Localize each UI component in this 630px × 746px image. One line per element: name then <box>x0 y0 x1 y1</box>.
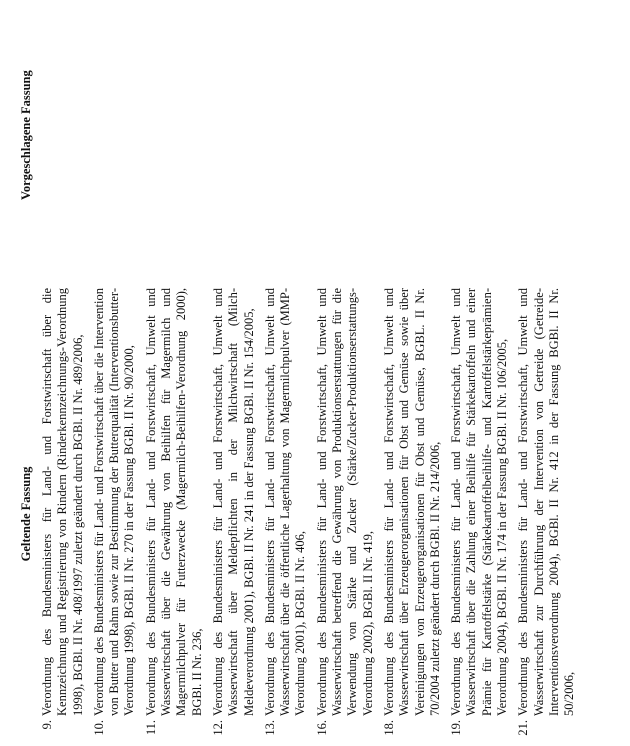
entry-text: Verordnung des Bundesministers für Land-… <box>144 288 204 716</box>
document-page: Geltende Fassung 9. Verordnung des Bunde… <box>0 0 630 746</box>
regulation-entry: 11. Verordnung des Bundesministers für L… <box>144 288 205 740</box>
regulation-entry: 13. Verordnung des Bundesministers für L… <box>263 288 309 740</box>
column-heading-proposed: Vorgeschlagene Fassung <box>18 0 34 200</box>
column-proposed-version: Vorgeschlagene Fassung <box>18 0 40 200</box>
regulation-list: 9. Verordnung des Bundesministers für La… <box>40 288 578 740</box>
entry-text: Verordnung des Bundesministers für Land-… <box>315 288 375 716</box>
entry-text: Verordnung des Bundesministers für Land-… <box>211 288 256 716</box>
entry-text: Verordnung des Bundesministers für Land-… <box>263 288 308 716</box>
entry-number: 9. <box>40 720 55 740</box>
regulation-entry: 9. Verordnung des Bundesministers für La… <box>40 288 86 740</box>
entry-text: Verordnung des Bundesministers für Land-… <box>449 288 509 716</box>
entry-text: Verordnung des Bundesministers für Land-… <box>382 288 442 716</box>
entry-number: 10. <box>92 720 107 740</box>
column-heading-current: Geltende Fassung <box>18 288 34 740</box>
regulation-entry: 19. Verordnung des Bundesministers für L… <box>449 288 510 740</box>
entry-number: 19. <box>449 720 464 740</box>
regulation-entry: 16. Verordnung des Bundesministers für L… <box>315 288 376 740</box>
regulation-entry: 18. Verordnung des Bundesministers für L… <box>382 288 443 740</box>
entry-text: Verordnung des Bundesministers für Land-… <box>92 288 137 716</box>
entry-number: 18. <box>382 720 397 740</box>
entry-number: 13. <box>263 720 278 740</box>
entry-number: 11. <box>144 720 159 740</box>
column-current-version: Geltende Fassung 9. Verordnung des Bunde… <box>18 288 584 740</box>
entry-text: Verordnung des Bundesministers für Land-… <box>40 288 85 716</box>
entry-text: Verordnung des Bundesministers für Land-… <box>516 288 576 716</box>
regulation-entry: 10. Verordnung des Bundesministers für L… <box>92 288 138 740</box>
regulation-entry: 21. Verordnung des Bundesministers für L… <box>516 288 577 740</box>
entry-number: 21. <box>516 720 531 740</box>
entry-number: 12. <box>211 720 226 740</box>
regulation-entry: 12. Verordnung des Bundesministers für L… <box>211 288 257 740</box>
entry-number: 16. <box>315 720 330 740</box>
